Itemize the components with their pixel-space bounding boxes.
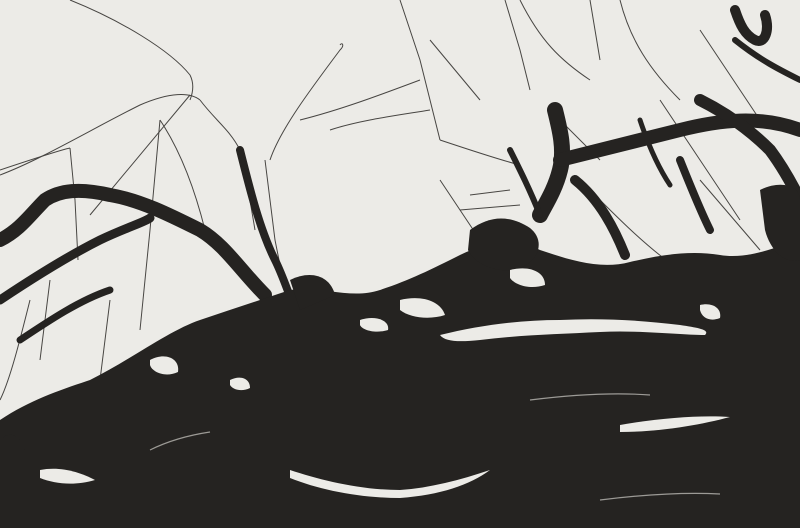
branches-illustration	[0, 0, 800, 528]
etching-artwork	[0, 0, 800, 528]
